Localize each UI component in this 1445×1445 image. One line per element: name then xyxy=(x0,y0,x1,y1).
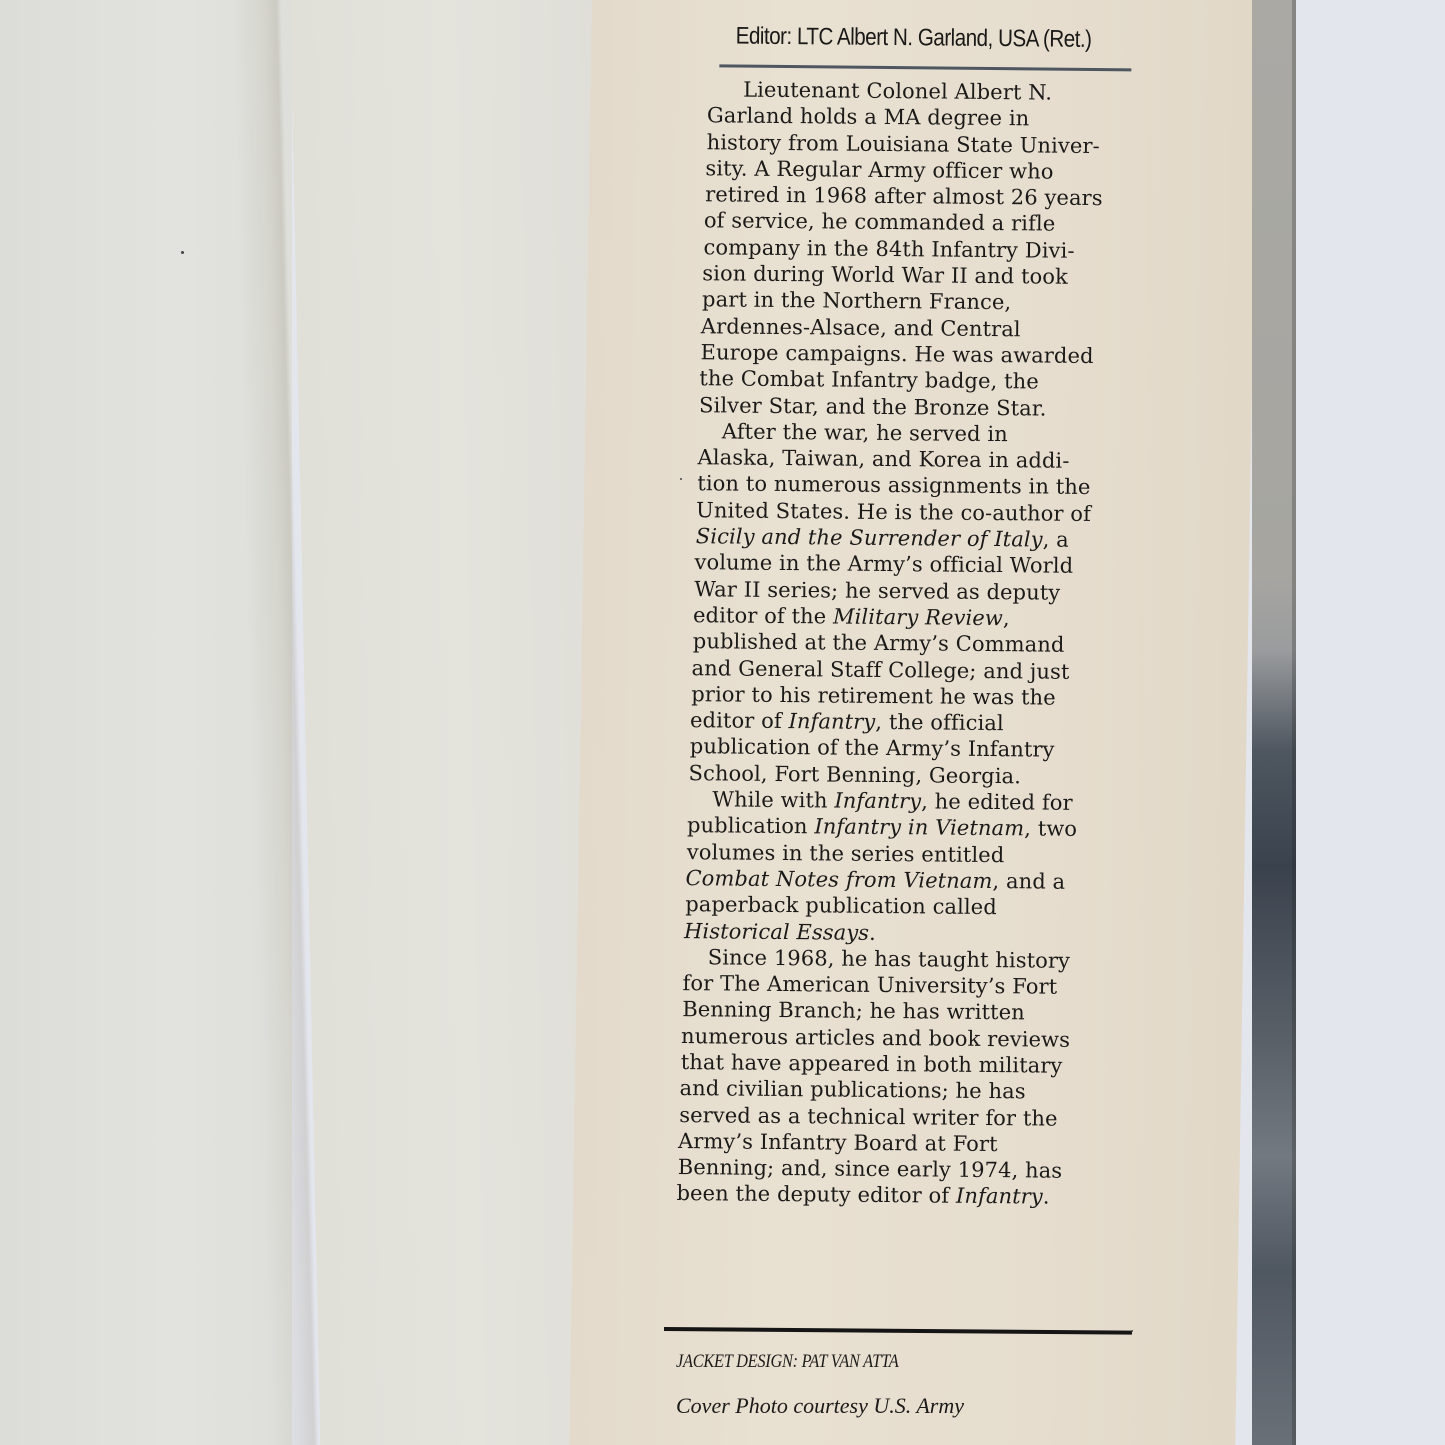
cover-edge-strip xyxy=(1252,0,1296,1445)
bio-line: paperback publication called xyxy=(671,891,1131,922)
bio-line: publication Infantry in Vietnam, two xyxy=(672,812,1132,843)
editor-heading: Editor: LTC Albert N. Garland, USA (Ret.… xyxy=(736,23,1092,54)
bio-line: the Combat Infantry badge, the xyxy=(676,365,1136,396)
editor-biography: Lieutenant Colonel Albert N.Garland hold… xyxy=(668,76,1139,1211)
bio-line: publication of the Army’s Infantry xyxy=(673,733,1133,764)
bio-line: been the deputy editor of Infantry. xyxy=(668,1180,1128,1211)
bio-line: Garland holds a MA degree in xyxy=(679,102,1139,133)
bio-line: published at the Army’s Command xyxy=(674,628,1134,659)
bio-line: of service, he commanded a rifle xyxy=(678,207,1138,238)
bio-line: volume in the Army’s official World xyxy=(674,549,1134,580)
bio-line: Benning Branch; he has written xyxy=(670,996,1130,1027)
paper-speck xyxy=(181,251,184,254)
bio-line: tion to numerous assignments in the xyxy=(675,470,1135,501)
cover-photo-credit: Cover Photo courtesy U.S. Army xyxy=(676,1393,964,1419)
bio-line: and General Staff College; and just xyxy=(673,655,1133,686)
jacket-design-credit: JACKET DESIGN: PAT VAN ATTA xyxy=(676,1351,898,1373)
book-jacket-photo: Editor: LTC Albert N. Garland, USA (Ret.… xyxy=(0,0,1445,1445)
bio-line: part in the Northern France, xyxy=(677,286,1137,317)
paper-speck xyxy=(680,478,682,480)
paper-speck xyxy=(1131,1330,1133,1332)
bio-line: Historical Essays. xyxy=(671,917,1131,948)
bio-line: and civilian publications; he has xyxy=(669,1075,1129,1106)
